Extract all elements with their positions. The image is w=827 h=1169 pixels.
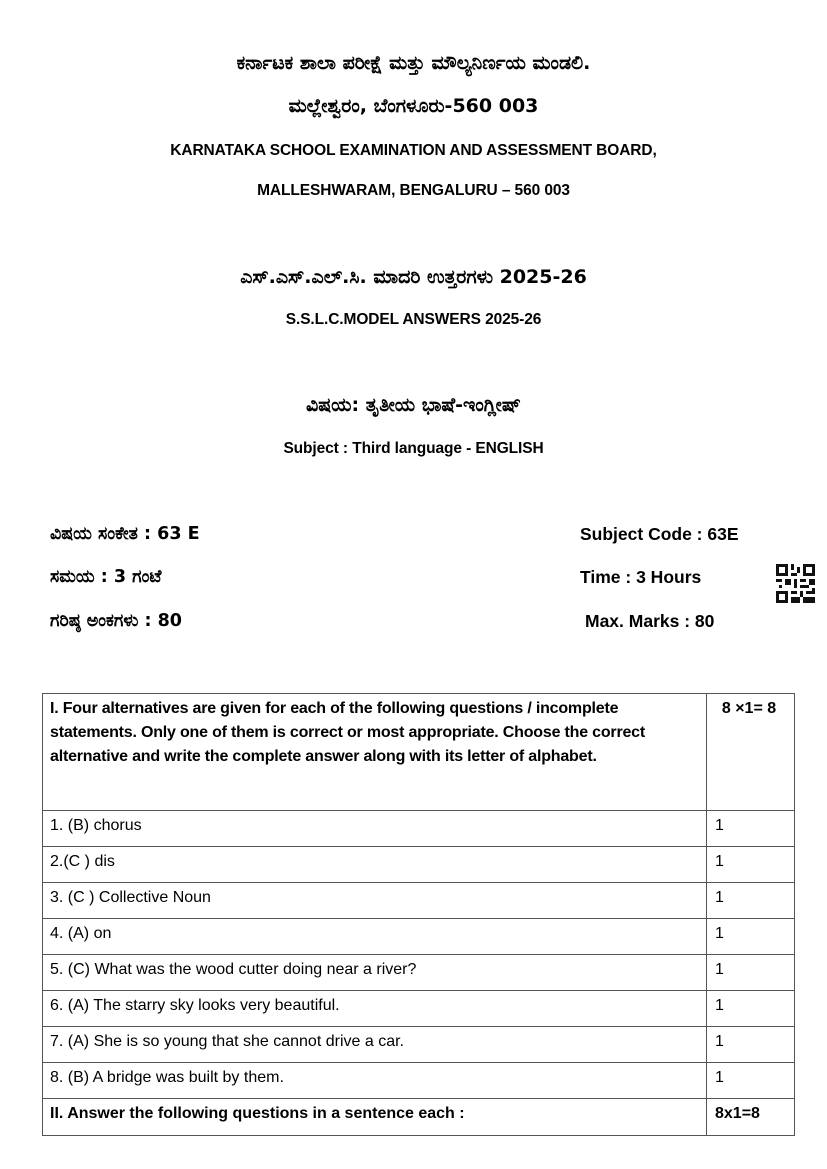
table-row: 3. (C ) Collective Noun 1 bbox=[43, 883, 795, 919]
max-marks-english: Max. Marks : 80 bbox=[585, 611, 714, 632]
answer-marks: 1 bbox=[707, 847, 795, 883]
address-english: MALLESHWARAM, BENGALURU – 560 003 bbox=[0, 182, 827, 200]
answer-marks: 1 bbox=[707, 919, 795, 955]
document-title-english: S.S.L.C.MODEL ANSWERS 2025-26 bbox=[0, 311, 827, 329]
answer-text: 6. (A) The starry sky looks very beautif… bbox=[43, 991, 707, 1027]
time-english: Time : 3 Hours bbox=[580, 567, 701, 588]
max-marks-kannada: ಗರಿಷ್ಠ ಅಂಕಗಳು : 80 bbox=[50, 611, 182, 631]
answer-text: 8. (B) A bridge was built by them. bbox=[43, 1063, 707, 1099]
board-name-english: KARNATAKA SCHOOL EXAMINATION AND ASSESSM… bbox=[0, 142, 827, 160]
table-row: 4. (A) on 1 bbox=[43, 919, 795, 955]
answer-marks: 1 bbox=[707, 811, 795, 847]
subject-english: Subject : Third language - ENGLISH bbox=[0, 440, 827, 458]
answer-text: 2.(C ) dis bbox=[43, 847, 707, 883]
table-row: 7. (A) She is so young that she cannot d… bbox=[43, 1027, 795, 1063]
section-1-marks: 8 ×1= 8 bbox=[707, 694, 795, 811]
answer-marks: 1 bbox=[707, 991, 795, 1027]
subject-code-kannada: ವಿಷಯ ಸಂಕೇತ : 63 E bbox=[50, 524, 200, 544]
table-row: 1. (B) chorus 1 bbox=[43, 811, 795, 847]
section-2-instruction: II. Answer the following questions in a … bbox=[43, 1099, 707, 1136]
table-row: 6. (A) The starry sky looks very beautif… bbox=[43, 991, 795, 1027]
answer-text: 7. (A) She is so young that she cannot d… bbox=[43, 1027, 707, 1063]
answer-text: 3. (C ) Collective Noun bbox=[43, 883, 707, 919]
answer-marks: 1 bbox=[707, 955, 795, 991]
model-answers-table: I. Four alternatives are given for each … bbox=[42, 693, 795, 1136]
time-kannada: ಸಮಯ : 3 ಗಂಟೆ bbox=[50, 567, 162, 587]
section-2-marks: 8x1=8 bbox=[707, 1099, 795, 1136]
answer-marks: 1 bbox=[707, 1027, 795, 1063]
table-row: 5. (C) What was the wood cutter doing ne… bbox=[43, 955, 795, 991]
table-row: 8. (B) A bridge was built by them. 1 bbox=[43, 1063, 795, 1099]
section-2-header-row: II. Answer the following questions in a … bbox=[43, 1099, 795, 1136]
answer-marks: 1 bbox=[707, 1063, 795, 1099]
address-kannada: ಮಲ್ಲೇಶ್ವರಂ, ಬೆಂಗಳೂರು-560 003 bbox=[0, 95, 827, 117]
subject-kannada: ವಿಷಯ: ತೃತೀಯ ಭಾಷೆ-ಇಂಗ್ಲೀಷ್ bbox=[0, 394, 827, 416]
answer-text: 5. (C) What was the wood cutter doing ne… bbox=[43, 955, 707, 991]
table-row: 2.(C ) dis 1 bbox=[43, 847, 795, 883]
answer-marks: 1 bbox=[707, 883, 795, 919]
answer-text: 1. (B) chorus bbox=[43, 811, 707, 847]
answer-text: 4. (A) on bbox=[43, 919, 707, 955]
subject-code-english: Subject Code : 63E bbox=[580, 524, 739, 545]
document-title-kannada: ಎಸ್.ಎಸ್.ಎಲ್.ಸಿ. ಮಾದರಿ ಉತ್ತರಗಳು 2025-26 bbox=[0, 266, 827, 288]
board-name-kannada: ಕರ್ನಾಟಕ ಶಾಲಾ ಪರೀಕ್ಷೆ ಮತ್ತು ಮೌಲ್ಯನಿರ್ಣಯ ಮ… bbox=[0, 52, 827, 74]
section-1-instruction: I. Four alternatives are given for each … bbox=[43, 694, 707, 811]
section-1-header-row: I. Four alternatives are given for each … bbox=[43, 694, 795, 811]
qr-code-icon bbox=[776, 564, 815, 603]
